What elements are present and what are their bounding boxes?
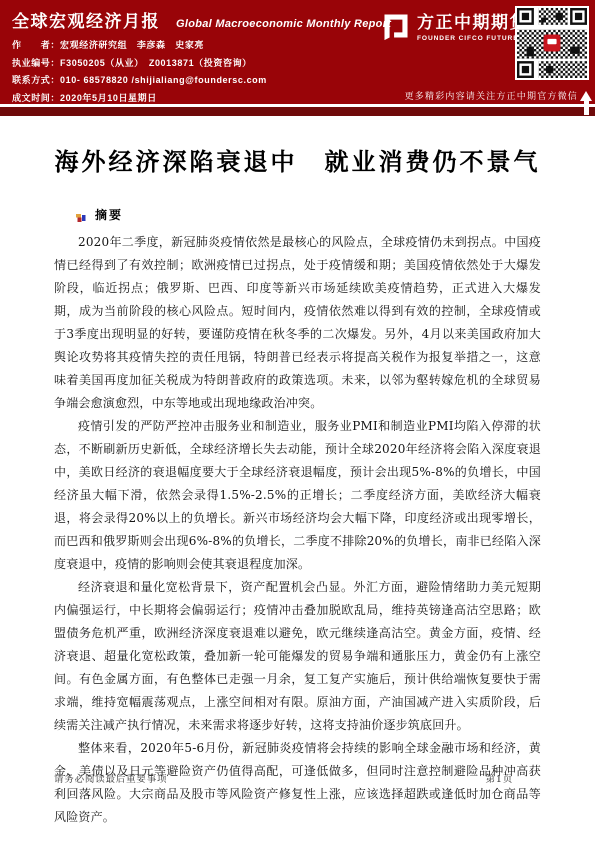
brand-name-cn: 方正中期期货	[417, 8, 528, 33]
contact-line: 联系方式：010- 68578820 /shijialiang@founders…	[12, 73, 375, 86]
report-series-title-cn: 全球宏观经济月报	[12, 7, 160, 32]
author-value: 宏观经济研究组 李彦森 史家亮	[60, 40, 204, 50]
wechat-qr-code	[515, 6, 589, 80]
masthead-title-row: 全球宏观经济月报 Global Macroeconomic Monthly Re…	[12, 7, 375, 32]
page-footer: 请务必阅读最后重要事项 第1页	[54, 771, 541, 785]
brand-text: 方正中期期货 FOUNDER CIFCO FUTURES	[417, 8, 528, 42]
wechat-note: 更多精彩内容请关注方正中期官方微信	[405, 89, 578, 102]
founder-logo-icon	[380, 8, 412, 44]
abstract-heading: 摘要	[95, 206, 123, 223]
company-brand: 方正中期期货 FOUNDER CIFCO FUTURES	[380, 8, 528, 44]
contact-value: 010- 68578820 /shijialiang@foundersc.com	[60, 75, 267, 85]
up-arrow-icon	[580, 91, 593, 115]
license-line: 执业编号：F3050205（从业） Z0013871（投资咨询）	[12, 56, 375, 69]
header-dark-band	[0, 107, 595, 116]
author-label: 作 者：	[12, 38, 60, 51]
report-series-title-en: Global Macroeconomic Monthly Report	[176, 18, 391, 30]
date-value: 2020年5月10日星期日	[60, 93, 157, 103]
document-body: 海外经济深陷衰退中 就业消费仍不景气 摘要 2020年二季度，新冠肺炎疫情依然是…	[0, 142, 595, 829]
footer-disclaimer: 请务必阅读最后重要事项	[54, 771, 167, 785]
abstract-bullet-icon	[76, 210, 86, 220]
brand-name-en: FOUNDER CIFCO FUTURES	[417, 35, 528, 42]
paragraph-1: 2020年二季度，新冠肺炎疫情依然是最核心的风险点，全球疫情仍未到拐点。中国疫情…	[54, 231, 541, 415]
report-title: 海外经济深陷衰退中 就业消费仍不景气	[54, 142, 541, 177]
masthead: 全球宏观经济月报 Global Macroeconomic Monthly Re…	[0, 0, 595, 104]
license-value: F3050205（从业） Z0013871（投资咨询）	[60, 58, 252, 68]
contact-label: 联系方式：	[12, 73, 60, 86]
paragraph-2: 疫情引发的严防严控冲击服务业和制造业，服务业PMI和制造业PMI均陷入停滞的状态…	[54, 415, 541, 576]
date-label: 成文时间：	[12, 91, 60, 104]
page-number: 第1页	[486, 771, 513, 785]
abstract-text: 2020年二季度，新冠肺炎疫情依然是最核心的风险点，全球疫情仍未到拐点。中国疫情…	[54, 231, 541, 829]
license-label: 执业编号：	[12, 56, 60, 69]
abstract-heading-row: 摘要	[54, 206, 541, 223]
paragraph-3: 经济衰退和量化宽松背景下，资产配置机会凸显。外汇方面，避险情绪助力美元短期内偏强…	[54, 576, 541, 737]
report-page: 全球宏观经济月报 Global Macroeconomic Monthly Re…	[0, 0, 595, 842]
date-line: 成文时间：2020年5月10日星期日	[12, 91, 375, 104]
author-line: 作 者：宏观经济研究组 李彦森 史家亮	[12, 38, 375, 51]
masthead-left: 全球宏观经济月报 Global Macroeconomic Monthly Re…	[12, 7, 375, 104]
author-info-block: 作 者：宏观经济研究组 李彦森 史家亮 执业编号：F3050205（从业） Z0…	[12, 38, 375, 104]
